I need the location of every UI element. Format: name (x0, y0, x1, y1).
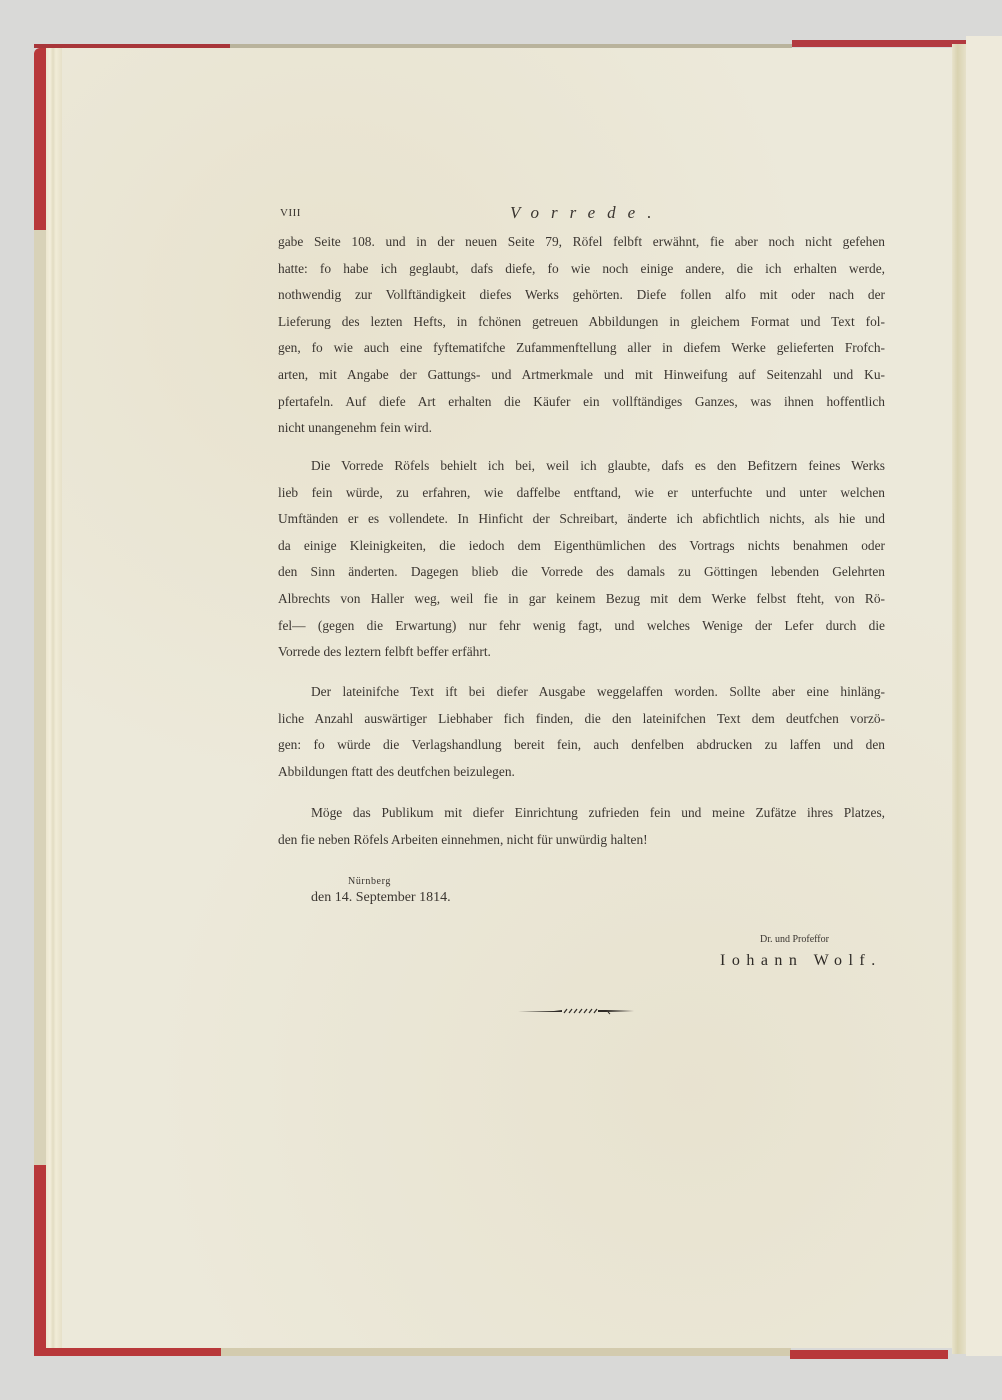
text-line: hatte: fo habe ich geglaubt, dafs diefe,… (278, 256, 885, 283)
text-line: den Sinn änderten. Dagegen blieb die Vor… (278, 559, 885, 586)
paragraph: gabe Seite 108. und in der neuen Seite 7… (278, 229, 885, 442)
text-line: Abbildungen ftatt des deutfchen beizuleg… (278, 759, 885, 786)
text-line: gen, fo wie auch eine fyftematifche Zufa… (278, 335, 885, 362)
text-line: Vorrede des leztern felbft beffer erfähr… (278, 639, 885, 666)
paragraph: Der lateinifche Text ift bei diefer Ausg… (278, 679, 885, 785)
text-line: Lieferung des lezten Hefts, in fchönen g… (278, 309, 885, 336)
text-line: fel— (gegen die Erwartung) nur fehr weni… (278, 613, 885, 640)
binding-spine-top (34, 48, 46, 230)
text-line: Der lateinifche Text ift bei diefer Ausg… (278, 679, 885, 706)
text-line: Umftänden er es vollendete. In Hinficht … (278, 506, 885, 533)
gutter (952, 44, 966, 1354)
paragraph: Möge das Publikum mit diefer Einrichtung… (278, 800, 885, 853)
author-title: Dr. und Profeffor (760, 934, 829, 945)
text-line: nicht unangenehm fein wird. (278, 415, 885, 442)
date-line: den 14. September 1814. (311, 890, 451, 906)
running-head: VIII Vorrede. (278, 205, 885, 225)
text-line: nothwendig zur Vollftändigkeit diefes We… (278, 282, 885, 309)
binding-spine-bottom (34, 1165, 46, 1355)
text-line: liche Anzahl auswärtiger Liebhaber fich … (278, 706, 885, 733)
text-line: Die Vorrede Röfels behielt ich bei, weil… (278, 453, 885, 480)
ornament-rule-icon (518, 1007, 634, 1015)
text-line: Albrechts von Haller weg, weil fie in ga… (278, 586, 885, 613)
author-signature: Iohann Wolf. (720, 952, 882, 970)
text-line: da einige Kleinigkeiten, die iedoch dem … (278, 533, 885, 560)
binding-bottom-edge (221, 1347, 791, 1356)
place-of-writing: Nürnberg (348, 876, 391, 887)
text-line: lieb fein würde, zu erfahren, wie daffel… (278, 480, 885, 507)
text-line: gabe Seite 108. und in der neuen Seite 7… (278, 229, 885, 256)
text-line: Möge das Publikum mit diefer Einrichtung… (278, 800, 885, 827)
binding-spine-middle (34, 230, 46, 1165)
facing-page-edge (966, 36, 1002, 1356)
page-edges (46, 48, 62, 1348)
paragraph: Die Vorrede Röfels behielt ich bei, weil… (278, 453, 885, 666)
text-line: pfertafeln. Auf diefe Art erhalten die K… (278, 389, 885, 416)
page-heading: Vorrede. (510, 203, 663, 223)
binding-bottom-right (790, 1350, 948, 1359)
text-line: arten, mit Angabe der Gattungs- und Artm… (278, 362, 885, 389)
text-line: gen: fo würde die Verlagshandlung bereit… (278, 732, 885, 759)
book-spread: VIII Vorrede. gabe Seite 108. und in der… (0, 0, 1002, 1400)
text-line: den fie neben Röfels Arbeiten einnehmen,… (278, 827, 885, 854)
binding-top-right (792, 40, 972, 47)
page-number: VIII (280, 207, 301, 219)
